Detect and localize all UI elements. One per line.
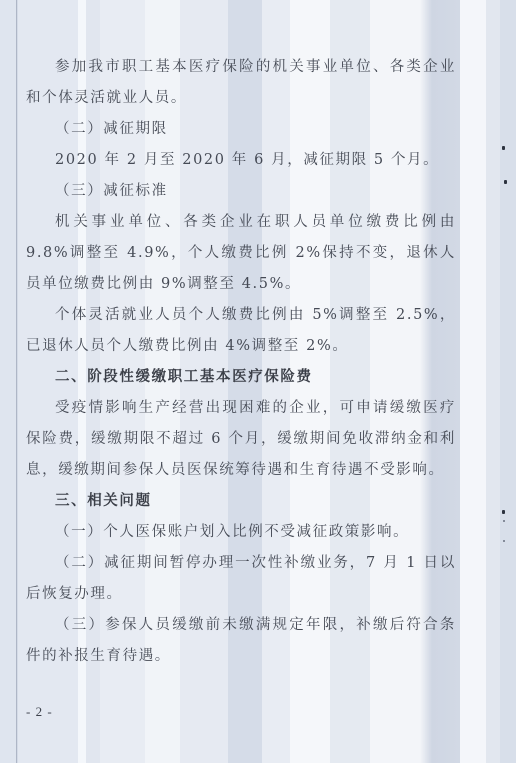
paragraph-issue-1: （一）个人医保账户划入比例不受减征政策影响。 <box>26 517 456 548</box>
scan-dot-mark <box>504 180 507 184</box>
scan-dot-mark <box>502 510 505 514</box>
margin-line <box>16 0 17 763</box>
paragraph-reduction-period: 2020 年 2 月至 2020 年 6 月，减征期限 5 个月。 <box>26 145 456 176</box>
paragraph-deferred-payment: 受疫情影响生产经营出现困难的企业，可申请缓缴医疗保险费，缓缴期限不超过 6 个月… <box>26 393 456 486</box>
scan-dot-mark <box>503 540 505 542</box>
scan-dot-mark <box>502 146 505 150</box>
subheading-reduction-standard: （三）减征标准 <box>26 176 456 207</box>
page-number: - 2 - <box>26 704 53 720</box>
paragraph-issue-3: （三）参保人员缓缴前未缴满规定年限，补缴后符合条件的补报生育待遇。 <box>26 610 456 672</box>
section-heading-deferred-payment: 二、阶段性缓缴职工基本医疗保险费 <box>26 362 456 393</box>
scan-dot-mark <box>503 520 505 522</box>
paragraph-individual-rates: 个体灵活就业人员个人缴费比例由 5%调整至 2.5%，已退休人员个人缴费比例由 … <box>26 300 456 362</box>
paragraph-issue-2: （二）减征期间暂停办理一次性补缴业务，7 月 1 日以后恢复办理。 <box>26 548 456 610</box>
paragraph-eligible-units: 参加我市职工基本医疗保险的机关事业单位、各类企业和个体灵活就业人员。 <box>26 52 456 114</box>
section-heading-related-issues: 三、相关问题 <box>26 486 456 517</box>
paragraph-unit-rates: 机关事业单位、各类企业在职人员单位缴费比例由 9.8%调整至 4.9%，个人缴费… <box>26 207 456 300</box>
subheading-reduction-period: （二）减征期限 <box>26 114 456 145</box>
